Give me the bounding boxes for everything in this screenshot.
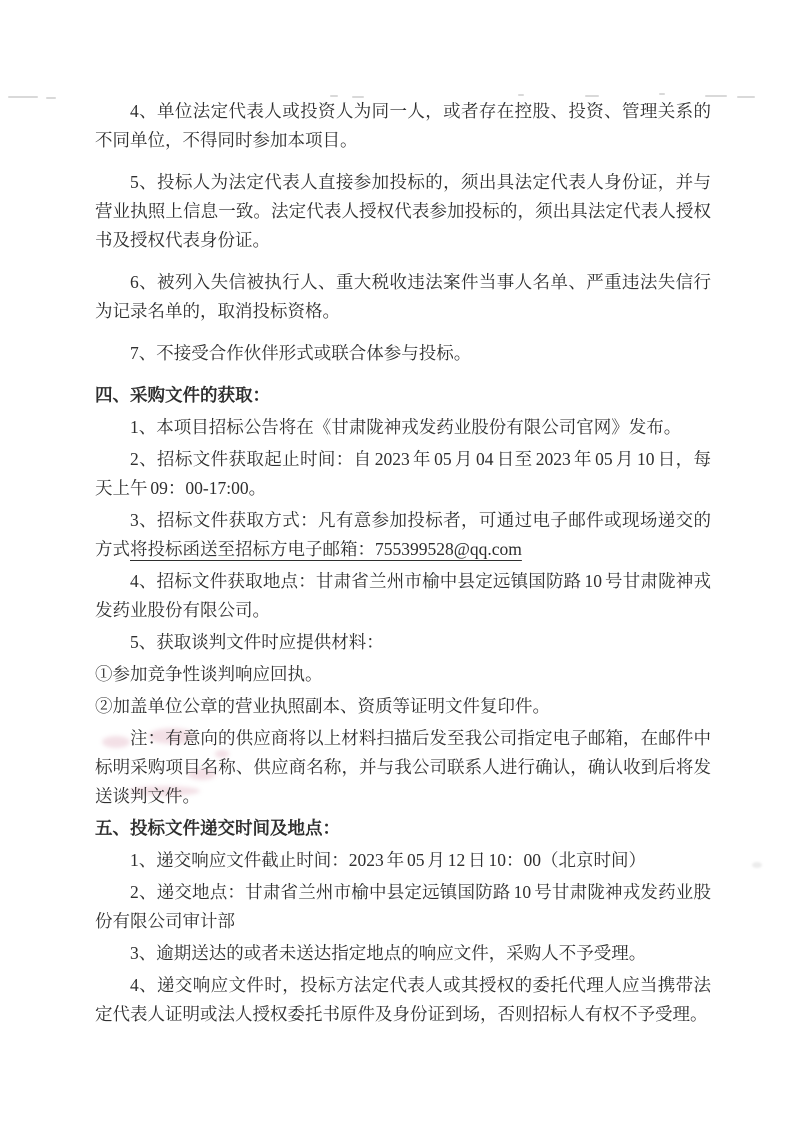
- section-five-item-1: 1、递交响应文件截止时间：2023 年 05 月 12 日 10：00（北京时间…: [95, 846, 711, 875]
- section-four-item-1: 1、本项目招标公告将在《甘肃陇神戎发药业股份有限公司官网》发布。: [95, 413, 711, 442]
- document-body: 4、单位法定代表人或投资人为同一人，或者存在控股、投资、管理关系的不同单位，不得…: [95, 97, 711, 1032]
- section-four-item-5: 5、获取谈判文件时应提供材料：: [95, 628, 711, 657]
- section-four-note: 注：有意向的供应商将以上材料扫描后发至我公司指定电子邮箱，在邮件中标明采购项目名…: [95, 724, 711, 811]
- section-four-subitem-circle-2: ②加盖单位公章的营业执照副本、资质等证明文件复印件。: [95, 692, 711, 721]
- clause-5: 5、投标人为法定代表人直接参加投标的，须出具法定代表人身份证，并与营业执照上信息…: [95, 168, 711, 255]
- document-page: 4、单位法定代表人或投资人为同一人，或者存在控股、投资、管理关系的不同单位，不得…: [0, 0, 793, 1122]
- email-underlined-text: 将投标函送至招标方电子邮箱：755399528@qq.com: [130, 539, 522, 559]
- section-four-subitem-circle-1: ①参加竞争性谈判响应回执。: [95, 660, 711, 689]
- section-five-heading: 五、投标文件递交时间及地点：: [95, 814, 711, 843]
- section-five-item-2: 2、递交地点：甘肃省兰州市榆中县定远镇国防路 10 号甘肃陇神戎发药业股份有限公…: [95, 878, 711, 936]
- scan-mark: [752, 862, 762, 868]
- clause-7: 7、不接受合作伙伴形式或联合体参与投标。: [95, 339, 711, 368]
- scan-speck: [8, 96, 38, 98]
- scan-speck: [659, 93, 665, 95]
- section-five-item-4: 4、递交响应文件时，投标方法定代表人或其授权的委托代理人应当携带法定代表人证明或…: [95, 971, 711, 1029]
- scan-speck: [518, 94, 524, 96]
- section-four-item-2: 2、招标文件获取起止时间：自 2023 年 05 月 04 日至 2023 年 …: [95, 445, 711, 503]
- section-five-item-3: 3、逾期送达的或者未送达指定地点的响应文件，采购人不予受理。: [95, 939, 711, 968]
- section-four-item-4: 4、招标文件获取地点：甘肃省兰州市榆中县定远镇国防路 10 号甘肃陇神戎发药业股…: [95, 567, 711, 625]
- section-four-heading: 四、采购文件的获取：: [95, 381, 711, 410]
- clause-6: 6、被列入失信被执行人、重大税收违法案件当事人名单、严重违法失信行为记录名单的，…: [95, 268, 711, 326]
- section-four-item-3: 3、招标文件获取方式：凡有意参加投标者，可通过电子邮件或现场递交的方式将投标函送…: [95, 506, 711, 564]
- scan-speck: [737, 96, 755, 98]
- scan-speck: [46, 97, 56, 99]
- clause-4: 4、单位法定代表人或投资人为同一人，或者存在控股、投资、管理关系的不同单位，不得…: [95, 97, 711, 155]
